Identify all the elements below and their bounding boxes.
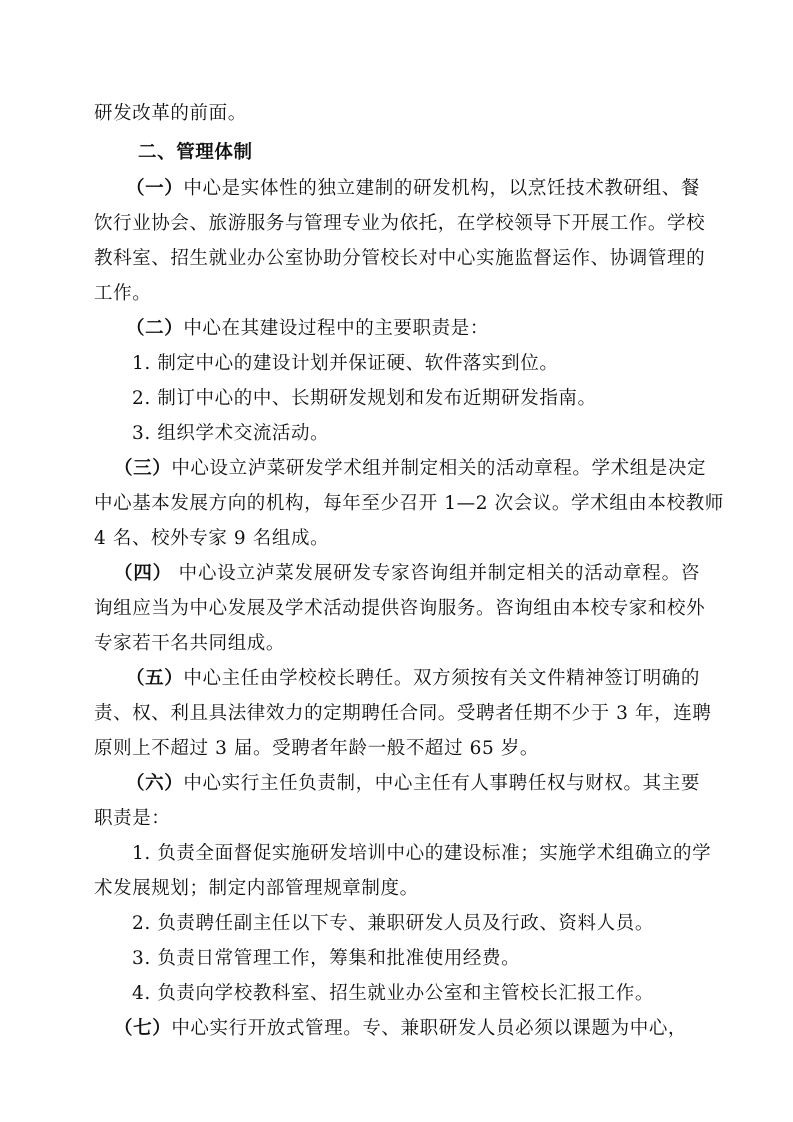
paragraph-6-line-2: 职责是： (94, 801, 170, 836)
paragraph-1-line-3: 教科室、招生就业办公室协助分管校长对中心实施监督运作、协调管理的 (94, 241, 700, 276)
paragraph-label: （六） (126, 773, 183, 794)
paragraph-line: 研发改革的前面。 (94, 96, 247, 131)
list-item: 1. 负责全面督促实施研发培训中心的建设标准；实施学术组确立的学 (132, 836, 700, 871)
paragraph-label: （四） (114, 563, 172, 584)
paragraph-label: （一） (126, 178, 183, 199)
paragraph-label: （五） (126, 668, 183, 689)
list-item-continuation: 术发展规划；制定内部管理规章制度。 (94, 871, 419, 906)
paragraph-label: （七） (114, 1018, 171, 1039)
paragraph-1-line-2: 饮行业协会、旅游服务与管理专业为依托，在学校领导下开展工作。学校 (94, 206, 700, 241)
paragraph-label: （二） (126, 318, 183, 339)
paragraph-3-line-1: （三）中心设立泸菜研发学术组并制定相关的活动章程。学术组是决定 (114, 451, 700, 486)
list-item: 2. 制订中心的中、长期研发规划和发布近期研发指南。 (132, 381, 597, 416)
paragraph-4-line-2: 询组应当为中心发展及学术活动提供咨询服务。咨询组由本校专家和校外 (94, 591, 700, 626)
paragraph-5-line-3: 原则上不超过 3 届。受聘者年龄一般不超过 65 岁。 (94, 731, 539, 766)
paragraph-4-line-3: 专家若干名共同组成。 (94, 626, 285, 661)
paragraph-1-line-1: （一）中心是实体性的独立建制的研发机构，以烹饪技术教研组、餐 (126, 171, 700, 206)
paragraph-5-line-1: （五）中心主任由学校校长聘任。双方须按有关文件精神签订明确的 (126, 661, 700, 696)
list-item: 1. 制定中心的建设计划并保证硬、软件落实到位。 (132, 346, 558, 381)
list-item: 2. 负责聘任副主任以下专、兼职研发人员及行政、资料人员。 (132, 906, 654, 941)
paragraph-4-line-1: （四） 中心设立泸菜发展研发专家咨询组并制定相关的活动章程。咨 (114, 556, 700, 591)
list-item: 4. 负责向学校教科室、招生就业办公室和主管校长汇报工作。 (132, 976, 654, 1011)
section-heading: 二、管理体制 (138, 135, 253, 170)
paragraph-3-line-3: 4 名、校外专家 9 名组成。 (94, 521, 329, 556)
paragraph-6-line-1: （六）中心实行主任负责制，中心主任有人事聘任权与财权。其主要 (126, 766, 700, 801)
paragraph-2-line-1: （二）中心在其建设过程中的主要职责是： (126, 311, 489, 346)
list-item: 3. 组织学术交流活动。 (132, 416, 329, 451)
paragraph-5-line-2: 责、权、利且具法律效力的定期聘任合同。受聘者任期不少于 3 年，连聘 (94, 696, 700, 731)
list-item: 3. 负责日常管理工作，筹集和批准使用经费。 (132, 941, 520, 976)
paragraph-7-line-1: （七）中心实行开放式管理。专、兼职研发人员必须以课题为中心， (114, 1011, 687, 1046)
paragraph-1-line-4: 工作。 (94, 276, 151, 311)
paragraph-label: （三） (114, 458, 171, 479)
paragraph-3-line-2: 中心基本发展方向的机构，每年至少召开 1—2 次会议。学术组由本校教师 (94, 486, 700, 521)
